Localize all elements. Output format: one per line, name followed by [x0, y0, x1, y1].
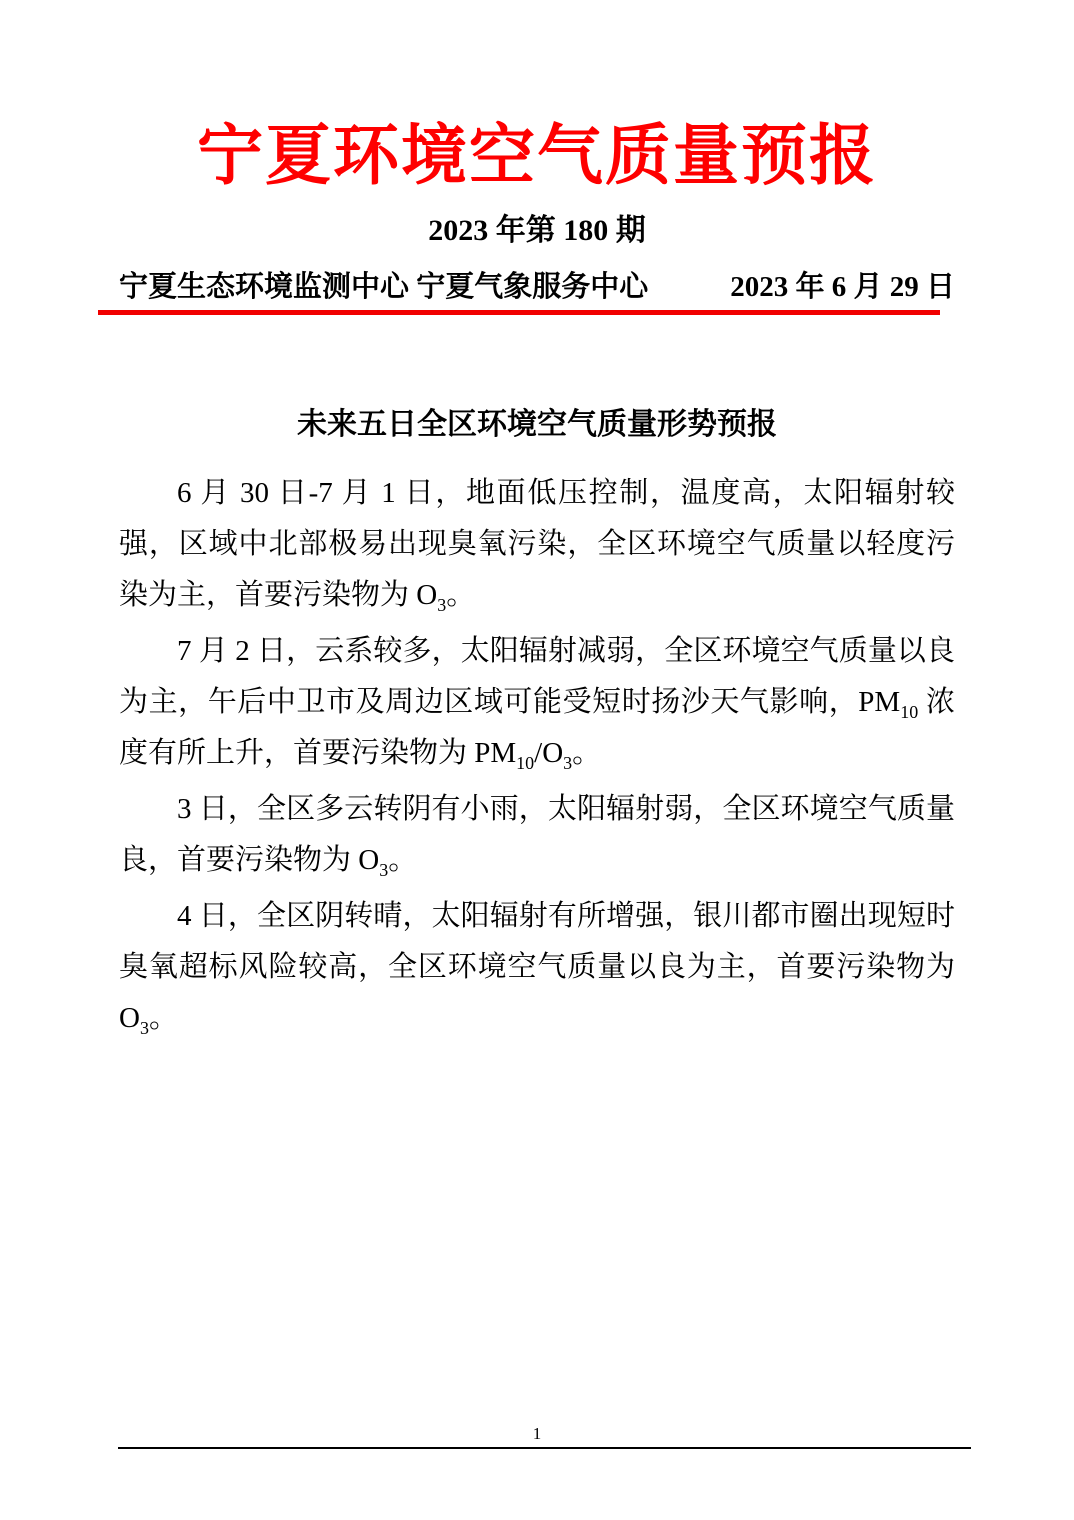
forecast-paragraph: 4 日，全区阴转晴，太阳辐射有所增强，银川都市圈出现短时臭氧超标风险较高，全区环… — [119, 891, 955, 1044]
pollutant-subscript: 3 — [437, 595, 446, 615]
pollutant-subscript: 10 — [516, 753, 534, 773]
pollutant-subscript: 3 — [563, 753, 572, 773]
publish-date: 2023 年 6 月 29 日 — [730, 271, 955, 304]
paragraph-text: 6 月 30 日-7 月 1 日，地面低压控制，温度高，太阳辐射较强，区域中北部… — [119, 477, 955, 611]
publisher-row: 宁夏生态环境监测中心 宁夏气象服务中心 2023 年 6 月 29 日 — [119, 271, 955, 304]
paragraph-text: 3 日，全区多云转阴有小雨，太阳辐射弱，全区环境空气质量良，首要污染物为 O — [119, 793, 955, 876]
paragraph-text: 。 — [446, 579, 475, 611]
document-content: 宁夏环境空气质量预报 2023 年第 180 期 宁夏生态环境监测中心 宁夏气象… — [0, 0, 1074, 1044]
page-footer: 1 — [0, 1424, 1074, 1449]
pollutant-subscript: 3 — [379, 860, 388, 880]
paragraph-text: /O — [534, 737, 563, 769]
pollutant-subscript: 3 — [140, 1018, 149, 1038]
issue-number: 2023 年第 180 期 — [119, 213, 955, 249]
paragraph-text: 。 — [388, 844, 417, 876]
forecast-paragraph: 7 月 2 日，云系较多，太阳辐射减弱，全区环境空气质量以良为主，午后中卫市及周… — [119, 626, 955, 779]
document-title: 宁夏环境空气质量预报 — [119, 0, 955, 199]
page-number: 1 — [0, 1424, 1074, 1444]
paragraph-text: 。 — [149, 1002, 178, 1034]
publisher-names: 宁夏生态环境监测中心 宁夏气象服务中心 — [119, 271, 648, 304]
forecast-paragraph: 3 日，全区多云转阴有小雨，太阳辐射弱，全区环境空气质量良，首要污染物为 O3。 — [119, 784, 955, 886]
forecast-paragraph: 6 月 30 日-7 月 1 日，地面低压控制，温度高，太阳辐射较强，区域中北部… — [119, 468, 955, 621]
document-page: 宁夏环境空气质量预报 2023 年第 180 期 宁夏生态环境监测中心 宁夏气象… — [0, 0, 1074, 1520]
header-red-rule — [98, 310, 940, 315]
section-heading: 未来五日全区环境空气质量形势预报 — [119, 407, 955, 443]
paragraph-text: 。 — [572, 737, 601, 769]
paragraph-text: 4 日，全区阴转晴，太阳辐射有所增强，银川都市圈出现短时臭氧超标风险较高，全区环… — [119, 900, 955, 1034]
footer-rule — [118, 1447, 971, 1449]
forecast-paragraphs: 6 月 30 日-7 月 1 日，地面低压控制，温度高，太阳辐射较强，区域中北部… — [119, 468, 955, 1044]
pollutant-subscript: 10 — [900, 702, 918, 722]
paragraph-text: 7 月 2 日，云系较多，太阳辐射减弱，全区环境空气质量以良为主，午后中卫市及周… — [119, 635, 955, 718]
